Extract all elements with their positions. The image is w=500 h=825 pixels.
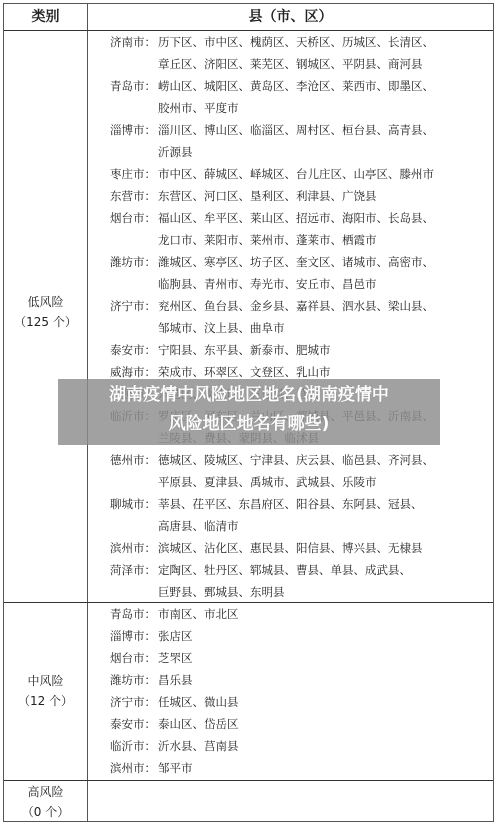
category-count: （0 个）	[4, 802, 87, 822]
category-cell-low: 低风险 （125 个）	[4, 292, 87, 332]
county-names: 滨城区、沾化区、惠民县、阳信县、博兴县、无棣县	[158, 537, 489, 559]
table-row: 泰安市：泰山区、岱岳区	[110, 713, 489, 735]
table-row: 泰安市：宁阳县、东平县、新泰市、肥城市	[110, 339, 489, 361]
city-label: 泰安市：	[110, 339, 158, 361]
county-names: 市中区、薛城区、峄城区、台儿庄区、山亭区、滕州市	[158, 163, 489, 185]
table-row: 东营市：东营区、河口区、垦利区、利津县、广饶县	[110, 185, 489, 207]
county-names: 德城区、陵城区、宁津县、庆云县、临邑县、齐河县、	[158, 449, 489, 471]
section-mid-risk: 中风险 （12 个） 青岛市：市南区、市北区淄博市：张店区烟台市：芝罘区潍坊市：…	[4, 603, 493, 781]
city-label	[110, 317, 158, 339]
title-overlay-text: 湖南疫情中风险地区地名(湖南疫情中 风险地区地名有哪些)	[58, 381, 440, 439]
county-names: 历下区、市中区、槐荫区、天桥区、历城区、长清区、	[158, 31, 489, 53]
county-names: 定陶区、牡丹区、郓城县、曹县、单县、成武县、	[158, 559, 489, 581]
city-label: 济南市：	[110, 31, 158, 53]
county-names: 沂源县	[158, 141, 489, 163]
city-label: 聊城市：	[110, 493, 158, 515]
city-label: 潍坊市：	[110, 669, 158, 691]
county-names: 泰山区、岱岳区	[158, 713, 489, 735]
header-category: 类别	[4, 4, 87, 30]
city-label: 淄博市：	[110, 119, 158, 141]
county-names: 潍城区、寒亭区、坊子区、奎文区、诸城市、高密市、	[158, 251, 489, 273]
city-label	[110, 229, 158, 251]
city-label	[110, 141, 158, 163]
table-row: 章丘区、济阳区、莱芜区、钢城区、平阴县、商河县	[110, 53, 489, 75]
table-row: 烟台市：芝罘区	[110, 647, 489, 669]
city-label: 潍坊市：	[110, 251, 158, 273]
city-label: 泰安市：	[110, 713, 158, 735]
city-label: 济宁市：	[110, 691, 158, 713]
city-label	[110, 515, 158, 537]
county-names: 龙口市、莱阳市、莱州市、蓬莱市、栖霞市	[158, 229, 489, 251]
city-label: 临沂市：	[110, 735, 158, 757]
city-label: 德州市：	[110, 449, 158, 471]
county-list: 青岛市：市南区、市北区淄博市：张店区烟台市：芝罘区潍坊市：昌乐县济宁市：任城区、…	[110, 603, 489, 779]
county-names: 淄川区、博山区、临淄区、周村区、桓台县、高青县、	[158, 119, 489, 141]
table-row: 平原县、夏津县、禹城市、武城县、乐陵市	[110, 471, 489, 493]
category-level: 低风险	[4, 292, 87, 312]
table-row: 临朐县、青州市、寿光市、安丘市、昌邑市	[110, 273, 489, 295]
city-label	[110, 273, 158, 295]
table-row: 潍坊市：昌乐县	[110, 669, 489, 691]
county-names: 临朐县、青州市、寿光市、安丘市、昌邑市	[158, 273, 489, 295]
county-names: 崂山区、城阳区、黄岛区、李沧区、莱西市、即墨区、	[158, 75, 489, 97]
table-row: 济宁市：兖州区、鱼台县、金乡县、嘉祥县、泗水县、梁山县、	[110, 295, 489, 317]
category-level: 中风险	[4, 671, 87, 691]
county-list: 济南市：历下区、市中区、槐荫区、天桥区、历城区、长清区、章丘区、济阳区、莱芜区、…	[110, 31, 489, 603]
table-row: 邹城市、汶上县、曲阜市	[110, 317, 489, 339]
county-names: 芝罘区	[158, 647, 489, 669]
county-names: 平原县、夏津县、禹城市、武城县、乐陵市	[158, 471, 489, 493]
table-row: 淄博市：淄川区、博山区、临淄区、周村区、桓台县、高青县、	[110, 119, 489, 141]
city-label: 滨州市：	[110, 757, 158, 779]
city-label: 济宁市：	[110, 295, 158, 317]
city-label: 淄博市：	[110, 625, 158, 647]
city-label: 枣庄市：	[110, 163, 158, 185]
table-row: 临沂市：沂水县、莒南县	[110, 735, 489, 757]
city-label: 青岛市：	[110, 603, 158, 625]
table-row: 潍坊市：潍城区、寒亭区、坊子区、奎文区、诸城市、高密市、	[110, 251, 489, 273]
table-header: 类别 县（市、区）	[4, 4, 493, 31]
table-row: 巨野县、鄄城县、东明县	[110, 581, 489, 603]
table-row: 沂源县	[110, 141, 489, 163]
city-label: 东营市：	[110, 185, 158, 207]
table-row: 青岛市：市南区、市北区	[110, 603, 489, 625]
county-names: 高唐县、临清市	[158, 515, 489, 537]
city-label: 烟台市：	[110, 207, 158, 229]
table-row: 聊城市：莘县、茌平区、东昌府区、阳谷县、东阿县、冠县、	[110, 493, 489, 515]
city-label: 菏泽市：	[110, 559, 158, 581]
table-row: 淄博市：张店区	[110, 625, 489, 647]
city-label	[110, 53, 158, 75]
table-row: 烟台市：福山区、牟平区、莱山区、招远市、海阳市、长岛县、	[110, 207, 489, 229]
city-label: 青岛市：	[110, 75, 158, 97]
city-label	[110, 471, 158, 493]
county-names: 东营区、河口区、垦利区、利津县、广饶县	[158, 185, 489, 207]
overlay-title-line2: 风险地区地名有哪些)	[58, 410, 440, 439]
table-row: 济南市：历下区、市中区、槐荫区、天桥区、历城区、长清区、	[110, 31, 489, 53]
category-count: （12 个）	[4, 691, 87, 711]
table-row: 胶州市、平度市	[110, 97, 489, 119]
county-names: 章丘区、济阳区、莱芜区、钢城区、平阴县、商河县	[158, 53, 489, 75]
county-names: 兖州区、鱼台县、金乡县、嘉祥县、泗水县、梁山县、	[158, 295, 489, 317]
county-names: 胶州市、平度市	[158, 97, 489, 119]
city-label: 烟台市：	[110, 647, 158, 669]
table-row: 枣庄市：市中区、薛城区、峄城区、台儿庄区、山亭区、滕州市	[110, 163, 489, 185]
city-label	[110, 581, 158, 603]
county-names: 莘县、茌平区、东昌府区、阳谷县、东阿县、冠县、	[158, 493, 489, 515]
category-cell-high: 高风险 （0 个）	[4, 782, 87, 822]
county-names: 巨野县、鄄城县、东明县	[158, 581, 489, 603]
county-names: 张店区	[158, 625, 489, 647]
county-names: 福山区、牟平区、莱山区、招远市、海阳市、长岛县、	[158, 207, 489, 229]
category-level: 高风险	[4, 782, 87, 802]
county-names: 邹平市	[158, 757, 489, 779]
header-counties: 县（市、区）	[88, 4, 493, 30]
table-row: 龙口市、莱阳市、莱州市、蓬莱市、栖霞市	[110, 229, 489, 251]
table-row: 菏泽市：定陶区、牡丹区、郓城县、曹县、单县、成武县、	[110, 559, 489, 581]
table-row: 滨州市：邹平市	[110, 757, 489, 779]
county-names: 邹城市、汶上县、曲阜市	[158, 317, 489, 339]
table-row: 青岛市：崂山区、城阳区、黄岛区、李沧区、莱西市、即墨区、	[110, 75, 489, 97]
table-row: 德州市：德城区、陵城区、宁津县、庆云县、临邑县、齐河县、	[110, 449, 489, 471]
county-names: 沂水县、莒南县	[158, 735, 489, 757]
section-low-risk: 低风险 （125 个） 济南市：历下区、市中区、槐荫区、天桥区、历城区、长清区、…	[4, 30, 493, 603]
table-row: 高唐县、临清市	[110, 515, 489, 537]
table-row: 济宁市：任城区、微山县	[110, 691, 489, 713]
county-names: 宁阳县、东平县、新泰市、肥城市	[158, 339, 489, 361]
county-names: 任城区、微山县	[158, 691, 489, 713]
city-label	[110, 97, 158, 119]
county-names: 昌乐县	[158, 669, 489, 691]
section-high-risk: 高风险 （0 个）	[4, 781, 493, 823]
overlay-title-line1: 湖南疫情中风险地区地名(湖南疫情中	[58, 381, 440, 410]
table-row: 滨州市：滨城区、沾化区、惠民县、阳信县、博兴县、无棣县	[110, 537, 489, 559]
county-names: 市南区、市北区	[158, 603, 489, 625]
category-cell-mid: 中风险 （12 个）	[4, 671, 87, 711]
city-label: 滨州市：	[110, 537, 158, 559]
category-count: （125 个）	[4, 312, 87, 332]
